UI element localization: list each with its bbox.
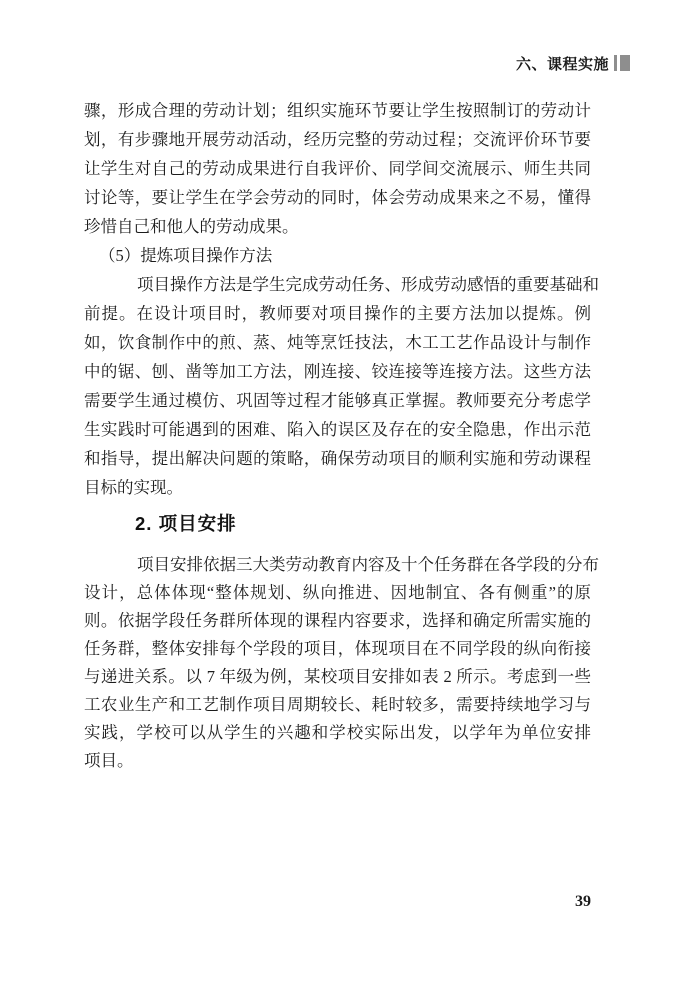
- text-line: 工农业生产和工艺制作项目周期较长、耗时较多，需要持续地学习与: [84, 691, 591, 719]
- text-line: 实践，学校可以从学生的兴趣和学校实际出发，以学年为单位安排: [84, 719, 591, 747]
- text-line: 项目安排依据三大类劳动教育内容及十个任务群在各学段的分布: [84, 551, 591, 579]
- text-line: 项目操作方法是学生完成劳动任务、形成劳动感悟的重要基础和: [84, 270, 591, 299]
- text-line: 则。依据学段任务群所体现的课程内容要求，选择和确定所需实施的: [84, 607, 591, 635]
- chapter-header-title: 六、课程实施: [516, 53, 609, 74]
- text-line: 项目。: [84, 747, 591, 775]
- text-line: 讨论等，要让学生在学会劳动的同时，体会劳动成果来之不易，懂得: [84, 183, 591, 212]
- header-accent-bar-thick-icon: [620, 55, 630, 71]
- page-number: 39: [575, 893, 591, 911]
- text-line: 骤，形成合理的劳动计划；组织实施环节要让学生按照制订的劳动计: [84, 96, 591, 125]
- paragraph-project-arrangement: 项目安排依据三大类劳动教育内容及十个任务群在各学段的分布设计，总体体现“整体规划…: [84, 551, 591, 775]
- text-line: 任务群，整体安排每个学段的项目，体现项目在不同学段的纵向衔接: [84, 635, 591, 663]
- paragraph-project-operation-methods: 项目操作方法是学生完成劳动任务、形成劳动感悟的重要基础和前提。在设计项目时，教师…: [84, 270, 591, 502]
- text-line: 前提。在设计项目时，教师要对项目操作的主要方法加以提炼。例: [84, 299, 591, 328]
- paragraph-labor-plan-continuation: 骤，形成合理的劳动计划；组织实施环节要让学生按照制订的劳动计划，有步骤地开展劳动…: [84, 96, 591, 241]
- subitem-heading-5: （5）提炼项目操作方法: [84, 241, 591, 270]
- section-heading-project-arrangement: 2. 项目安排: [84, 511, 591, 536]
- text-line: 与递进关系。以 7 年级为例，某校项目安排如表 2 所示。考虑到一些: [84, 663, 591, 691]
- text-line: 目标的实现。: [84, 473, 591, 502]
- text-line: 如，饮食制作中的煎、蒸、炖等烹饪技法，木工工艺作品设计与制作: [84, 328, 591, 357]
- running-header: 六、课程实施: [516, 54, 630, 72]
- text-line: 珍惜自己和他人的劳动成果。: [84, 212, 591, 241]
- text-line: 和指导，提出解决问题的策略，确保劳动项目的顺利实施和劳动课程: [84, 444, 591, 473]
- text-line: 让学生对自己的劳动成果进行自我评价、同学间交流展示、师生共同: [84, 154, 591, 183]
- text-line: 中的锯、刨、凿等加工方法，刚连接、铰连接等连接方法。这些方法: [84, 357, 591, 386]
- text-line: 需要学生通过模仿、巩固等过程才能够真正掌握。教师要充分考虑学: [84, 386, 591, 415]
- page-body: 骤，形成合理的劳动计划；组织实施环节要让学生按照制订的劳动计划，有步骤地开展劳动…: [84, 96, 591, 775]
- text-line: 设计，总体体现“整体规划、纵向推进、因地制宜、各有侧重”的原: [84, 579, 591, 607]
- text-line: 划，有步骤地开展劳动活动，经历完整的劳动过程；交流评价环节要: [84, 125, 591, 154]
- header-accent-bar-thin-icon: [614, 55, 617, 71]
- text-line: 生实践时可能遇到的困难、陷入的误区及存在的安全隐患，作出示范: [84, 415, 591, 444]
